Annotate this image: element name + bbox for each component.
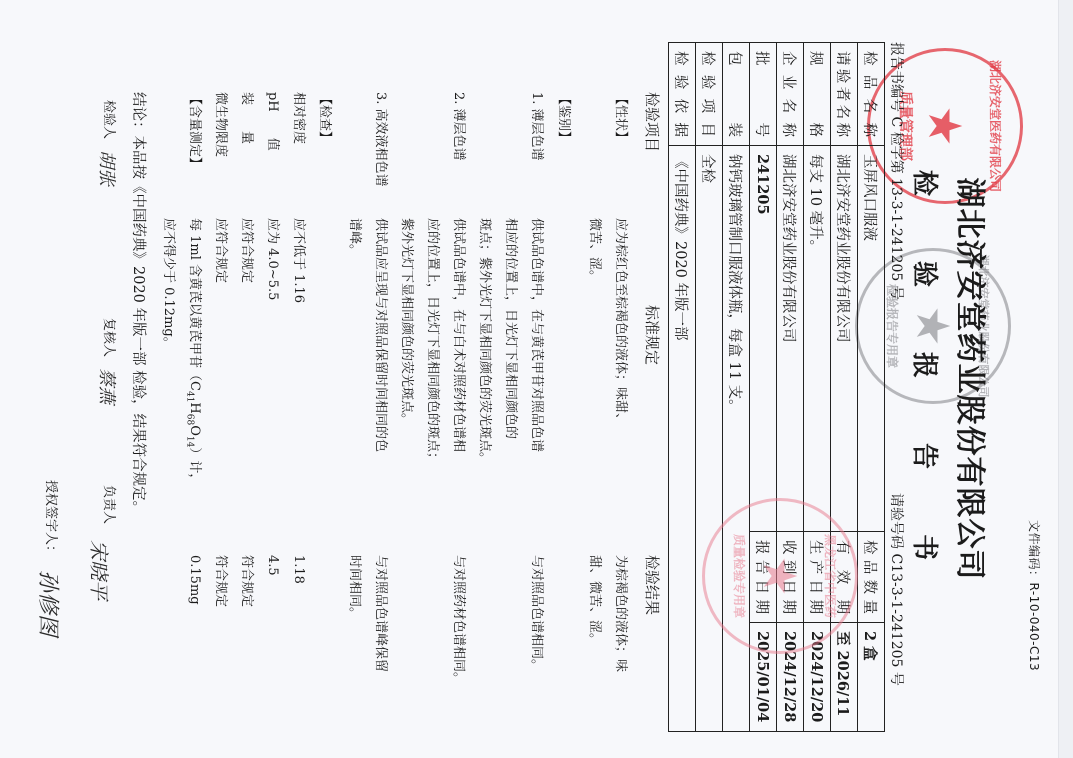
inspection-item-2-result: 4.5 (259, 555, 285, 576)
inspection-item-1-standard: 应不低于 1.16 (285, 218, 311, 303)
identification-item-3-standard-line2: 谱峰。 (341, 218, 367, 257)
value-production-date: 2024/12/20 (804, 623, 831, 732)
value-spec: 每支 10 毫升。 (804, 146, 831, 532)
formula-element: O (187, 425, 202, 436)
inspection-item-1-name: 相对密度 (285, 92, 311, 144)
label-packaging: 包 装 (723, 43, 750, 146)
identification-item-1-standard-line3: 斑点；紫外光灯下显相同颜色的荧光斑点。 (471, 218, 497, 465)
character-result-line2: 甜、微苦、涩。 (581, 555, 607, 646)
report-title: 检 验 报 告 书 (908, 0, 945, 758)
label-requester: 请验者名称 (831, 43, 858, 146)
identification-item-3-result-line1: 与对照品色谱峰保留 (367, 555, 393, 672)
label-batch: 批 号 (750, 43, 777, 146)
scan-edge (1058, 0, 1073, 758)
formula-subscript: 14 (184, 436, 194, 447)
identification-item-3-standard-line1: 供试品应呈现与对照品保留时间相同的色 (367, 218, 393, 452)
identification-item-3-result-line2: 时间相同。 (341, 555, 367, 620)
inspection-item-3-name: 装 量 (233, 92, 259, 144)
section-identification-heading: 【鉴别】 (550, 92, 576, 144)
section-inspection-heading: 【检查】 (311, 92, 337, 144)
label-received-date: 收到日期 (777, 532, 804, 623)
label-sample-qty: 检品数量 (858, 532, 885, 623)
inspection-item-3-standard: 应符合规定 (233, 218, 259, 283)
value-sample-name: 玉屏风口服液 (858, 146, 885, 532)
inspection-item-4-result: 符合规定 (207, 555, 233, 607)
table-row: 企业名称 湖北济安堂药业股份有限公司 收到日期 2024/12/28 (777, 43, 804, 732)
inspector-signature: 胡张 (95, 150, 121, 186)
character-result-line1: 为棕褐色的液体；味 (607, 555, 633, 672)
value-packaging: 钠钙玻璃管制口服液体瓶，每盒 11 支。 (723, 146, 750, 732)
label-spec: 规 格 (804, 43, 831, 146)
formula-element: H (187, 402, 202, 413)
reviewer-signature: 蔡燕 (95, 368, 121, 404)
identification-item-2-result: 与对照药材色谱相同。 (445, 555, 471, 685)
label-expiry: 有 效 期 (831, 532, 858, 623)
value-expiry: 至 2026/11 (831, 623, 858, 732)
table-row: 批 号 241205 报告日期 2025/01/04 (750, 43, 777, 732)
section-assay-heading: 【含量测定】 (181, 92, 207, 170)
inspection-item-2-name: pH 值 (259, 92, 285, 151)
label-report-date: 报告日期 (750, 532, 777, 623)
responsible-signature: 宋晓平 (86, 540, 115, 600)
formula-subscript: 68 (184, 414, 194, 425)
character-standard-line2: 微苦、涩。 (581, 218, 607, 283)
value-batch: 241205 (750, 146, 777, 532)
section-character-heading: 【性状】 (607, 92, 633, 144)
label-test-items: 检验项目 (696, 43, 723, 146)
table-row: 检验项目 全检 (696, 43, 723, 732)
responsible-label: 负责人 (95, 485, 121, 524)
table-row: 检品名称 玉屏风口服液 检品数量 2 盒 (858, 43, 885, 732)
value-test-items: 全检 (696, 146, 723, 732)
identification-item-2-standard-line3: 紫外光灯下显相同颜色的荧光斑点。 (393, 218, 419, 426)
table-row: 规 格 每支 10 毫升。 生产日期 2024/12/20 (804, 43, 831, 732)
identification-item-2-name: 2. 薄层色谱 (445, 92, 471, 161)
identification-item-3-name: 3. 高效液相色谱 (367, 92, 393, 187)
header-standard: 标准规定 (642, 305, 663, 365)
inspection-report-page: 文件编码：R-10-040-C13 湖北济安堂医药有限公司 ★ 质量管理部 湖北… (0, 0, 1073, 758)
authorized-signer-label: 授权签字人： (37, 480, 63, 558)
file-code: 文件编码：R-10-040-C13 (1026, 520, 1043, 671)
label-production-date: 生产日期 (804, 532, 831, 623)
reviewer-label: 复核人 (95, 318, 121, 357)
assay-text: 每 1ml 含黄芪以黄芪甲苷（C (187, 218, 202, 391)
sample-info-table: 检品名称 玉屏风口服液 检品数量 2 盒 请验者名称 湖北济安堂药业股份有限公司… (668, 42, 885, 732)
identification-item-1-result: 与对照品色谱相同。 (523, 555, 549, 672)
table-row: 检验依据 《中国药典》2020 年版一部 (669, 43, 696, 732)
company-title: 湖北济安堂药业股份有限公司 (951, 0, 995, 758)
inspection-item-1-result: 1.18 (285, 555, 311, 584)
identification-item-1-standard-line1: 供试品色谱中，在与黄芪甲苷对照品色谱 (523, 218, 549, 452)
authorized-signature: 孙修图 (34, 570, 65, 636)
label-manufacturer: 企业名称 (777, 43, 804, 146)
label-sample-name: 检品名称 (858, 43, 885, 146)
value-test-basis: 《中国药典》2020 年版一部 (669, 146, 696, 732)
value-manufacturer: 湖北济安堂药业股份有限公司 (777, 146, 804, 532)
header-result: 检验结果 (642, 555, 663, 615)
assay-text: ）计， (187, 447, 202, 486)
assay-result: 0.15mg (181, 555, 207, 605)
value-received-date: 2024/12/28 (777, 623, 804, 732)
identification-item-1-standard-line2: 相应的位置上，日光灯下显相同颜色的 (497, 218, 523, 439)
inspection-item-4-standard: 应符合规定 (207, 218, 233, 283)
assay-standard-line2: 应不得少于 0.12mg。 (155, 218, 181, 350)
identification-item-2-standard-line1: 供试品色谱中，在与白术对照药材色谱相 (445, 218, 471, 452)
character-standard-line1: 应为棕红色至棕褐色的液体；味甜、 (607, 218, 633, 426)
table-row: 请验者名称 湖北济安堂药业股份有限公司 有 效 期 至 2026/11 (831, 43, 858, 732)
value-requester: 湖北济安堂药业股份有限公司 (831, 146, 858, 532)
inspector-label: 检验人 (95, 100, 121, 139)
table-row: 包 装 钠钙玻璃管制口服液体瓶，每盒 11 支。 (723, 43, 750, 732)
report-number: 报告书编号 C 检字第 13-3-1-241205 号 (887, 42, 907, 300)
formula-subscript: 41 (184, 391, 194, 402)
inspection-item-3-result: 符合规定 (233, 555, 259, 607)
inspection-item-4-name: 微生物限度 (207, 92, 233, 157)
value-report-date: 2025/01/04 (750, 623, 777, 732)
value-sample-qty: 2 盒 (858, 623, 885, 732)
identification-item-2-standard-line2: 应的位置上，日光灯下显相同颜色的斑点； (419, 218, 445, 465)
identification-item-1-name: 1. 薄层色谱 (523, 92, 549, 161)
inspection-item-2-standard: 应为 4.0~5.5 (259, 218, 285, 300)
conclusion: 结论：本品按《中国药典》2020 年版一部 检验，结果符合规定。 (125, 92, 151, 515)
request-number: 请验号码 C13-3-1-241205 号 (887, 493, 907, 686)
label-test-basis: 检验依据 (669, 43, 696, 146)
header-test-item: 检验项目 (642, 92, 663, 152)
